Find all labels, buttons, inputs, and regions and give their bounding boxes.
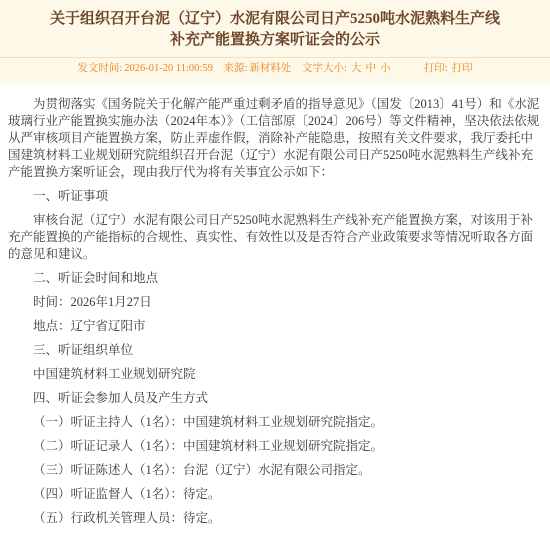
meta-bar: 发文时间:2026-01-20 11:00:59 来源:新材料处 文字大小:大中… xyxy=(0,58,550,78)
paragraph: 中国建筑材料工业规划研究院 xyxy=(8,366,542,383)
font-size-label: 文字大小: xyxy=(302,63,347,74)
paragraph: （一）听证主持人（1名）：中国建筑材料工业规划研究院指定。 xyxy=(8,414,542,431)
paragraph: （五）行政机关管理人员：待定。 xyxy=(8,510,542,527)
print-label: 打印: xyxy=(424,63,448,74)
document-body: 为贯彻落实《国务院关于化解产能严重过剩矛盾的指导意见》（国发〔2013〕41号）… xyxy=(0,88,550,548)
paragraph: 时间：2026年1月27日 xyxy=(8,294,542,311)
publish-time-value: 2026-01-20 11:00:59 xyxy=(124,63,213,74)
header-fade xyxy=(0,78,550,88)
section-heading: 一、听证事项 xyxy=(8,188,542,205)
print-button[interactable]: 打印 xyxy=(452,63,473,74)
page-title-line2: 补充产能置换方案听证会的公示 xyxy=(170,32,380,48)
section-heading: 三、听证组织单位 xyxy=(8,342,542,359)
document-header: 关于组织召开台泥（辽宁）水泥有限公司日产5250吨水泥熟料生产线 补充产能置换方… xyxy=(0,0,550,88)
paragraph: 地点：辽宁省辽阳市 xyxy=(8,318,542,335)
section-heading: 四、听证会参加人员及产生方式 xyxy=(8,390,542,407)
paragraph: （二）听证记录人（1名）：中国建筑材料工业规划研究院指定。 xyxy=(8,438,542,455)
font-size-small-button[interactable]: 小 xyxy=(380,63,391,74)
source-label: 来源: xyxy=(223,63,247,74)
publish-time-label: 发文时间: xyxy=(77,63,122,74)
font-size-medium-button[interactable]: 中 xyxy=(365,63,376,74)
paragraph: 审核台泥（辽宁）水泥有限公司日产5250吨水泥熟料生产线补充产能置换方案，对该用… xyxy=(8,212,542,263)
page-title-line1: 关于组织召开台泥（辽宁）水泥有限公司日产5250吨水泥熟料生产线 xyxy=(50,11,500,27)
paragraph: （四）听证监督人（1名）：待定。 xyxy=(8,486,542,503)
section-heading: 二、听证会时间和地点 xyxy=(8,270,542,287)
announcement-page: 关于组织召开台泥（辽宁）水泥有限公司日产5250吨水泥熟料生产线 补充产能置换方… xyxy=(0,0,550,548)
source-value: 新材料处 xyxy=(249,63,291,74)
page-title: 关于组织召开台泥（辽宁）水泥有限公司日产5250吨水泥熟料生产线 补充产能置换方… xyxy=(0,6,550,57)
font-size-large-button[interactable]: 大 xyxy=(351,63,362,74)
paragraph: （三）听证陈述人（1名）：台泥（辽宁）水泥有限公司指定。 xyxy=(8,462,542,479)
paragraph: 为贯彻落实《国务院关于化解产能严重过剩矛盾的指导意见》（国发〔2013〕41号）… xyxy=(8,96,542,181)
